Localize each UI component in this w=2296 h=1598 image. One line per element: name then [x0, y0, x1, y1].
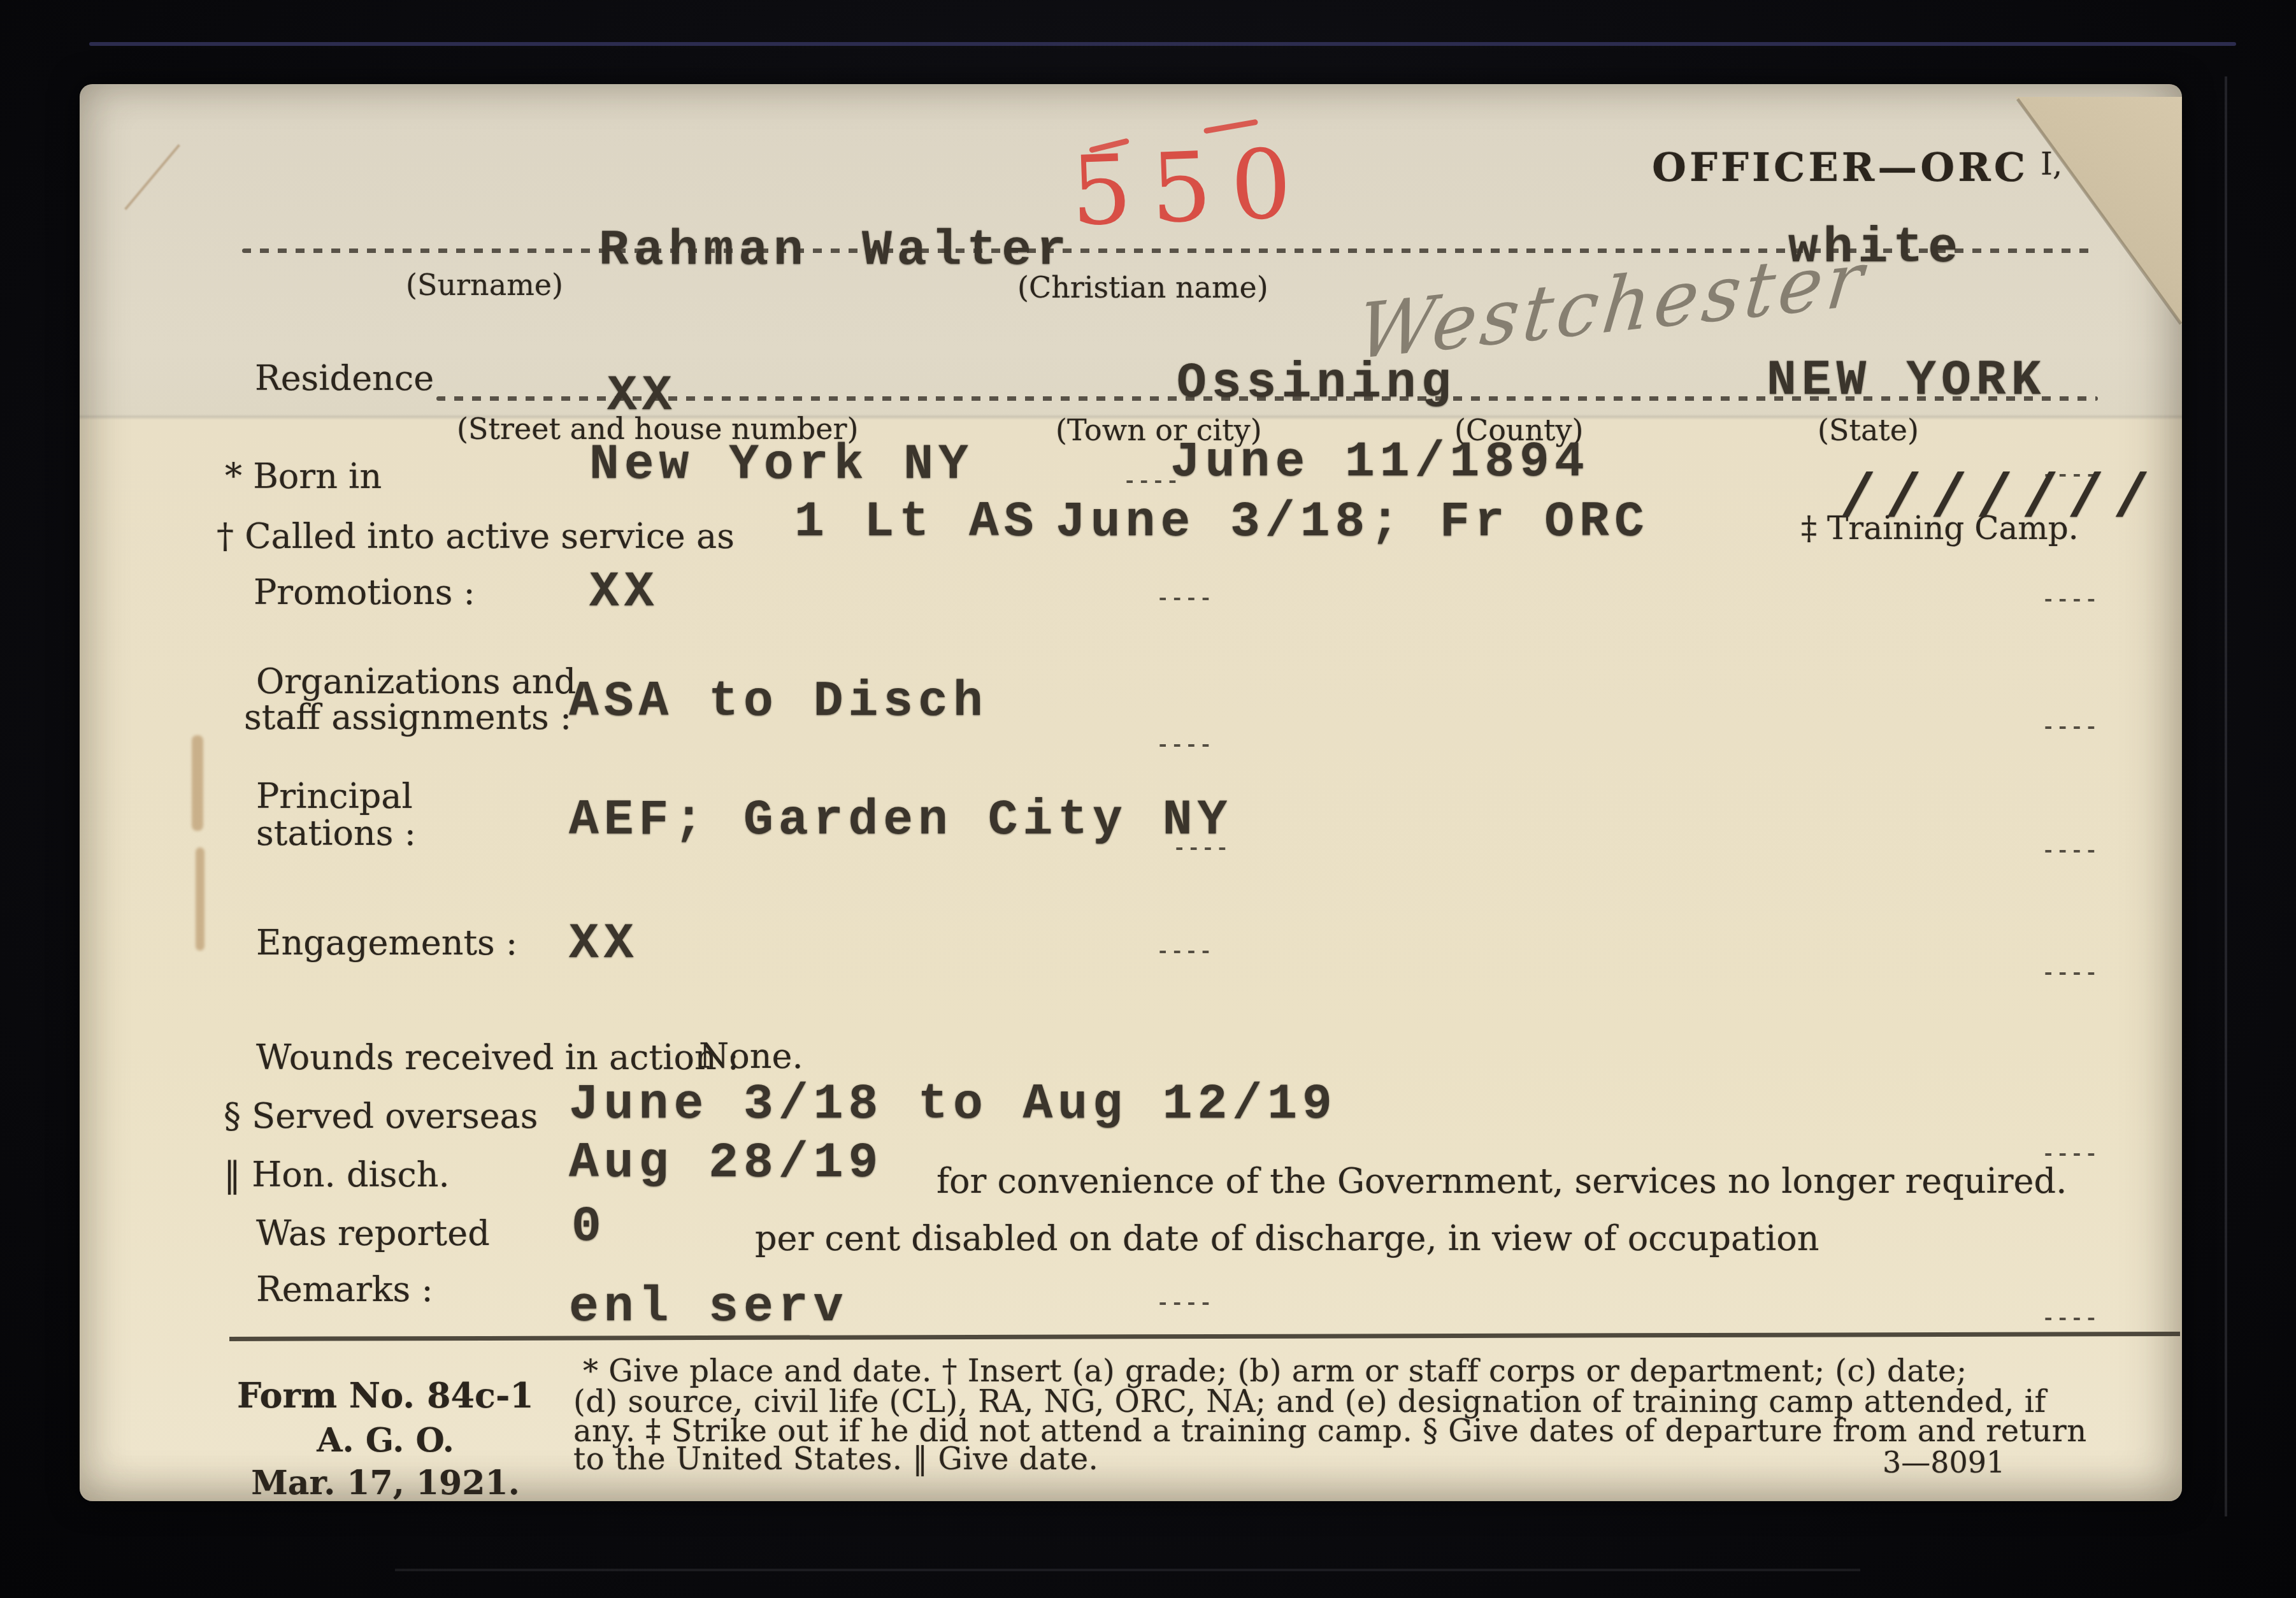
sleeve-bottom-edge [395, 1569, 1860, 1571]
state-label: (State) [1818, 413, 1919, 447]
residence-label: Residence [255, 358, 434, 398]
was-reported-label: Was reported [256, 1213, 490, 1253]
leader-dots: ---- [1173, 837, 1230, 861]
hon-disch-label: ‖ Hon. disch. [224, 1155, 450, 1195]
leader-dots: ---- [1156, 940, 1214, 965]
stations-label-line1: Principal [256, 776, 413, 816]
rust-mark [196, 847, 204, 951]
print-code: 3—8091 [1883, 1445, 2005, 1479]
record-card: I, 550 OFFICER—ORC Rahman Walter white (… [80, 84, 2182, 1501]
organizations-label-line1: Organizations and [256, 661, 576, 702]
hon-disch-date-value: Aug 28/19 [569, 1135, 883, 1191]
form-identity-block: Form No. 84c-1 A. G. O. Mar. 17, 1921. [213, 1375, 557, 1502]
leader-dots: ---- [2042, 840, 2099, 864]
corner-crease-mark [124, 144, 180, 210]
footnote-line: to the United States. ‖ Give date. [573, 1441, 1098, 1477]
leader-dots: ---- [1156, 587, 1214, 612]
engagements-value: XX [569, 916, 639, 972]
wounds-label: Wounds received in action : [256, 1037, 739, 1077]
leader-dots: ---- [2042, 1307, 2099, 1332]
sleeve-top-edge [89, 42, 2236, 46]
service-grade-value: 1 Lt AS [794, 494, 1039, 551]
born-place-value: New York NY [589, 437, 973, 493]
form-date: Mar. 17, 1921. [213, 1464, 557, 1502]
hon-disch-reason: for convenience of the Government, servi… [936, 1161, 2067, 1201]
engagements-label: Engagements : [256, 923, 517, 963]
leader-dots: ---- [1156, 1292, 1214, 1316]
stations-label-line2: stations : [256, 813, 416, 853]
footer-divider [229, 1332, 2180, 1341]
leader-dots: ---- [1156, 734, 1214, 758]
form-office: A. G. O. [213, 1421, 557, 1460]
leader-dots: ---- [2042, 716, 2099, 740]
remarks-value: enl serv [569, 1279, 848, 1335]
organizations-value: ASA to Disch [569, 674, 988, 730]
served-overseas-label: § Served overseas [224, 1096, 538, 1136]
promotions-value: XX [589, 565, 659, 621]
form-number: Form No. 84c-1 [213, 1375, 557, 1416]
leader-dots: ---- [2042, 589, 2099, 613]
disability-percent-value: 0 [571, 1199, 606, 1255]
born-in-label: * Born in [225, 456, 382, 496]
card-type-heading: OFFICER—ORC [1652, 144, 2028, 191]
rust-mark [192, 735, 203, 831]
remarks-label: Remarks : [256, 1269, 433, 1309]
disability-text: per cent disabled on date of discharge, … [755, 1218, 1819, 1258]
born-date-value: June 11/1894 [1170, 435, 1589, 491]
surname-label: (Surname) [406, 268, 563, 302]
called-into-service-label: † Called into active service as [217, 516, 735, 556]
training-camp-strikeout: /////// [1839, 465, 2158, 535]
served-overseas-value: June 3/18 to Aug 12/19 [569, 1077, 1337, 1133]
stations-value: AEF; Garden City NY [569, 793, 1232, 849]
leader-dots: ---- [2042, 962, 2099, 986]
dotted-rule [436, 396, 2098, 401]
photo-of-record-card: { "colors": { "card_paper": "#e9dfc6", "… [0, 0, 2296, 1598]
wounds-value: None. [699, 1036, 803, 1076]
service-date-value: June 3/18; Fr ORC [1056, 494, 1649, 551]
sleeve-right-edge [2225, 76, 2227, 1516]
organizations-label-line2: staff assignments : [244, 697, 571, 737]
promotions-label: Promotions : [254, 572, 475, 612]
